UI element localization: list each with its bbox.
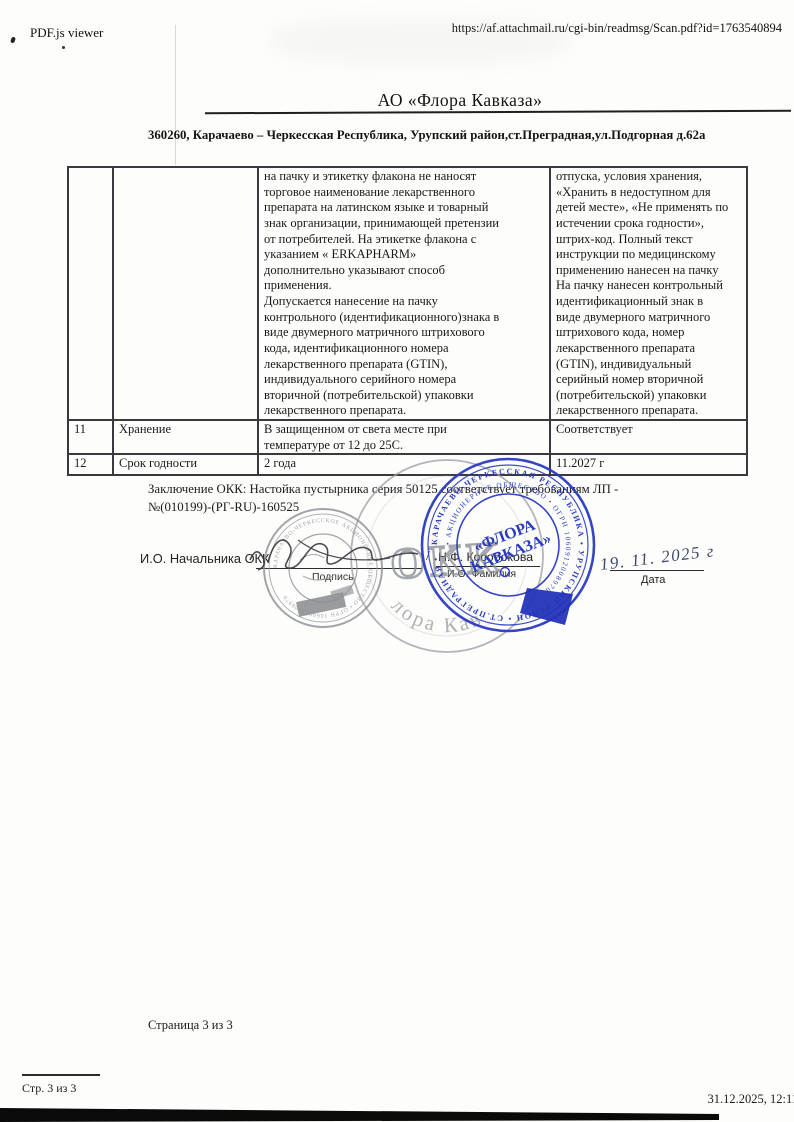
cell-label bbox=[113, 167, 258, 420]
cell-num: 11 bbox=[68, 420, 113, 454]
scan-speck bbox=[10, 36, 16, 43]
scanned-pdf-page: { "print_header": { "app_name": "PDF.js … bbox=[0, 0, 794, 1122]
conclusion-line-1: Заключение ОКК: Настойка пустырника сери… bbox=[148, 482, 618, 497]
scan-fold-line bbox=[175, 25, 176, 165]
cell-label: Срок годности bbox=[113, 454, 258, 475]
flora-curved-text: лора Кав bbox=[387, 593, 487, 637]
footer-page-number: Стр. 3 из 3 bbox=[22, 1081, 76, 1096]
pdfjs-viewer-title: PDF.js viewer bbox=[30, 25, 103, 41]
cell-num bbox=[68, 167, 113, 420]
table-row: 12 Срок годности 2 года 11.2027 г bbox=[68, 454, 747, 475]
conclusion-line-2: №(010199)-(РГ-RU)-160525 bbox=[148, 500, 299, 515]
date-line bbox=[610, 553, 704, 571]
table-row-continuation: на пачку и этикетку флакона не наносят т… bbox=[68, 167, 747, 420]
organization-title: АО «Флора Кавказа» bbox=[300, 90, 620, 111]
spec-table: на пачку и этикетку флакона не наносят т… bbox=[67, 166, 748, 476]
footer-datetime: 31.12.2025, 12:11 bbox=[707, 1092, 794, 1107]
signer-role: И.О. Начальника ОКК bbox=[140, 551, 269, 566]
cell-status-text: отпуска, условия хранения, «Хранить в не… bbox=[550, 167, 747, 420]
cell-value: В защищенном от света месте при температ… bbox=[258, 420, 550, 454]
scan-smudge bbox=[270, 18, 570, 64]
cell-value: 2 года bbox=[258, 454, 550, 475]
svg-text:лора Кав: лора Кав bbox=[387, 593, 487, 637]
table-row: 11 Хранение В защищенном от света месте … bbox=[68, 420, 747, 454]
bottom-scan-bar bbox=[0, 1108, 719, 1122]
cell-label: Хранение bbox=[113, 420, 258, 454]
blue-stamp-blot bbox=[520, 588, 573, 625]
name-line-label: И.О. Фамилия bbox=[447, 568, 516, 580]
footer-rule bbox=[22, 1074, 100, 1076]
separator-slash: / bbox=[426, 549, 430, 565]
cell-status: Соответствует bbox=[550, 420, 747, 454]
cell-packaging-text: на пачку и этикетку флакона не наносят т… bbox=[258, 167, 550, 420]
scan-speck bbox=[62, 46, 65, 49]
date-line-label: Дата bbox=[641, 574, 665, 586]
cell-num: 12 bbox=[68, 454, 113, 475]
organization-address: 360260, Карачаево – Черкесская Республик… bbox=[148, 128, 705, 143]
page-note: Страница 3 из 3 bbox=[148, 1018, 233, 1033]
signature-line bbox=[256, 552, 422, 569]
signer-name: Н.Ф. Кособокова bbox=[438, 550, 533, 564]
cell-status: 11.2027 г bbox=[550, 454, 747, 475]
signature-line-label: Подпись bbox=[312, 571, 354, 583]
title-underline bbox=[205, 110, 791, 115]
